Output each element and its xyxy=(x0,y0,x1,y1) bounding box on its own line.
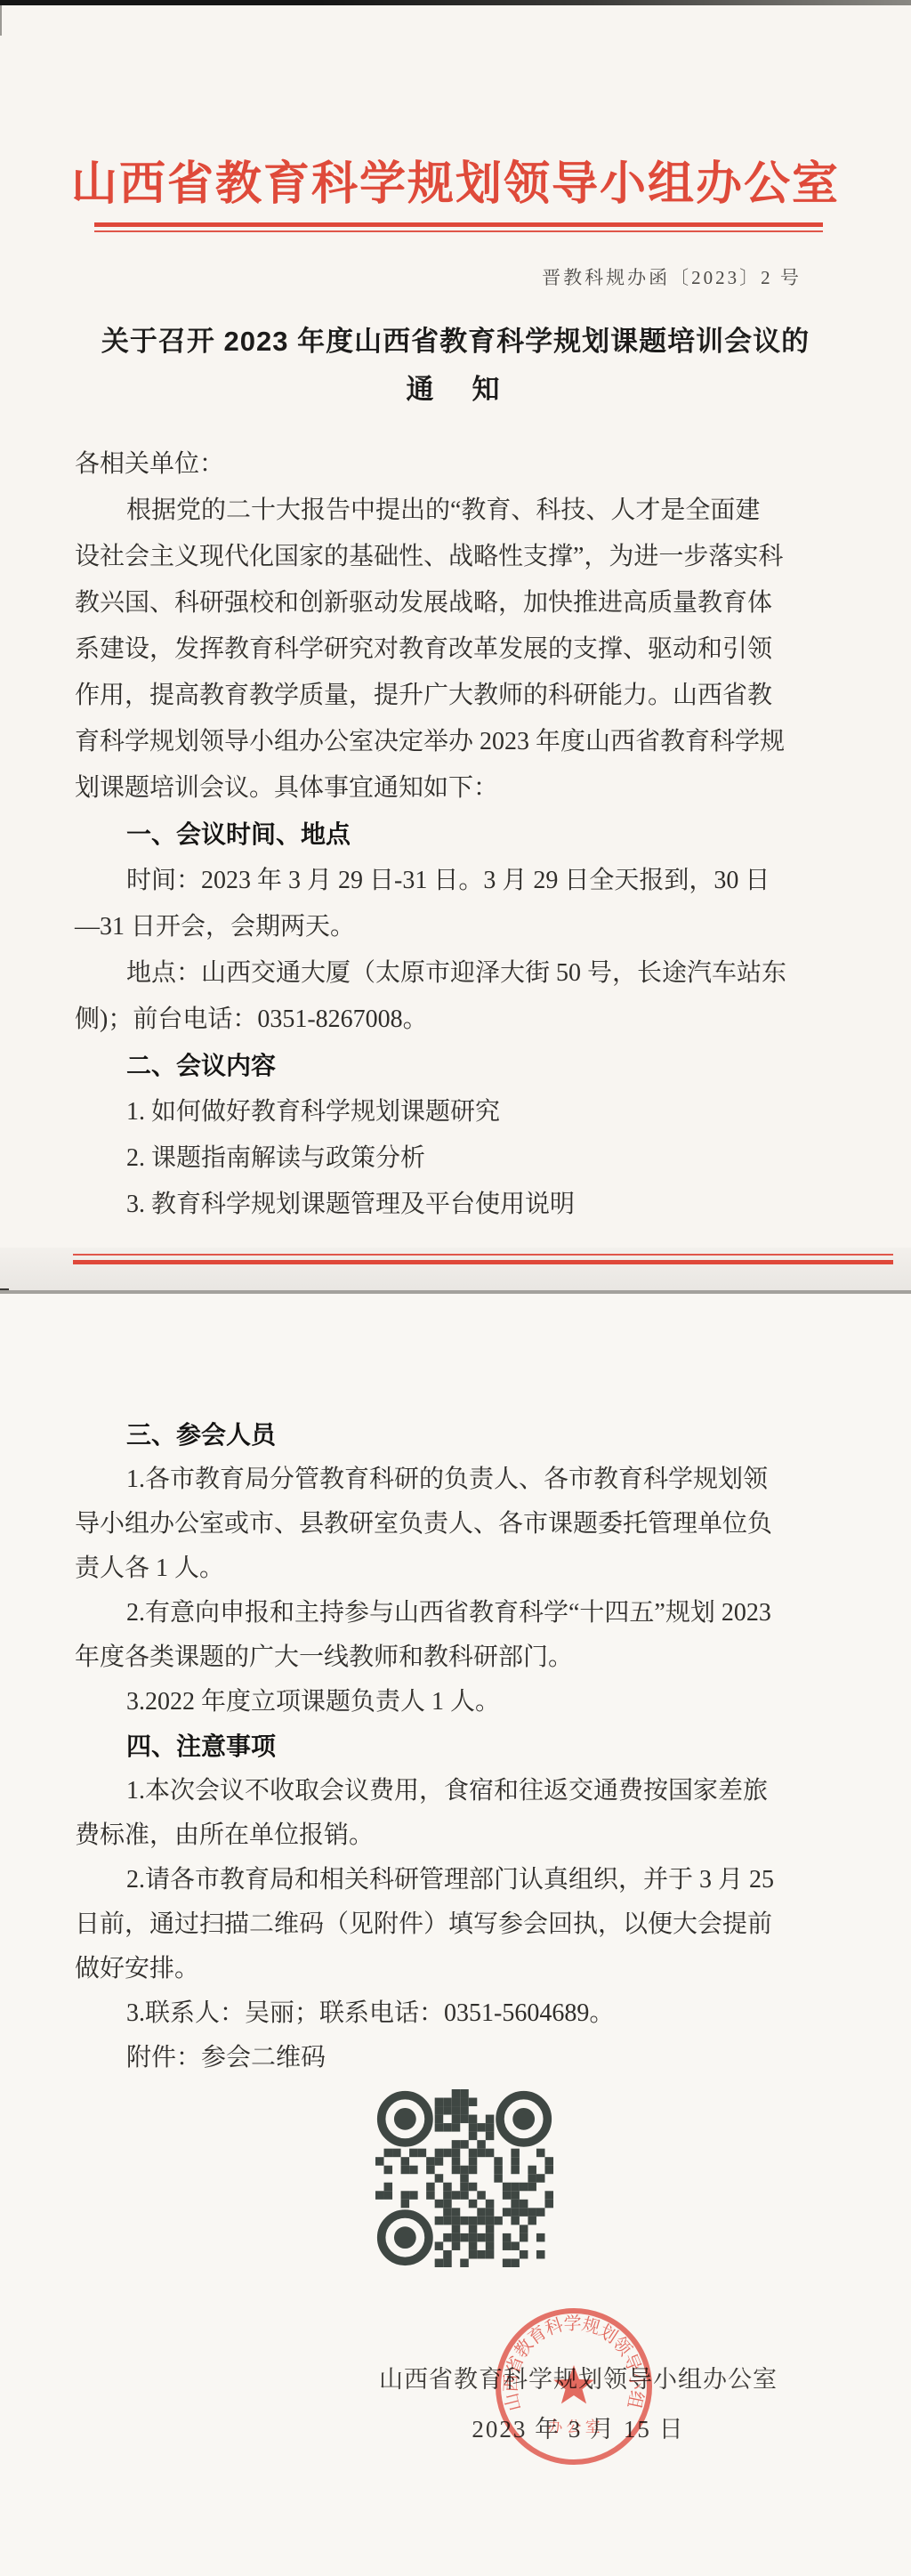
body-line: 系建设，发挥教育科学研究对教育改革发展的支撑、驱动和引领 xyxy=(75,626,838,673)
body-line: 划课题培训会议。具体事宜通知如下： xyxy=(75,765,838,812)
qr-code-graphic xyxy=(375,2089,553,2267)
notice-title-line1: 关于召开 2023 年度山西省教育科学规划课题培训会议的 xyxy=(0,319,911,359)
body-line: 年度各类课题的广大一线教师和教科研部门。 xyxy=(75,1635,838,1680)
letterhead-rule xyxy=(94,222,823,232)
document-number: 晋教科规办函〔2023〕2 号 xyxy=(463,263,881,290)
body-line: 2. 课题指南解读与政策分析 xyxy=(75,1135,838,1182)
body-line: 2.请各市教育局和相关科研管理部门认真组织，并于 3 月 25 xyxy=(75,1858,838,1902)
qr-code xyxy=(375,2089,553,2267)
scanned-document: 山西省教育科学规划领导小组办公室 晋教科规办函〔2023〕2 号 关于召开 20… xyxy=(0,0,911,2576)
page-1-body: 各相关单位：根据党的二十大报告中提出的“教育、科技、人才是全面建设社会主义现代化… xyxy=(75,441,838,1228)
body-line: 三、参会人员 xyxy=(75,1413,838,1458)
scanner-top-edge xyxy=(0,0,911,5)
body-line: 3.联系人：吴丽；联系电话：0351-5604689。 xyxy=(75,1991,838,2036)
page-2-body: 三、参会人员1.各市教育局分管教育科研的负责人、各市教育科学规划领导小组办公室或… xyxy=(75,1413,838,2080)
body-line: 教兴国、科研强校和创新驱动发展战略，加快推进高质量教育体 xyxy=(75,580,838,626)
scanner-left-edge xyxy=(0,5,2,36)
seal-star-icon xyxy=(553,2365,594,2403)
body-line: 1. 如何做好教育科学规划课题研究 xyxy=(75,1089,838,1135)
body-line: 地点：山西交通大厦（太原市迎泽大街 50 号，长途汽车站东 xyxy=(75,950,838,997)
body-line: 各相关单位： xyxy=(75,441,838,488)
body-line: 1.本次会议不收取会议费用，食宿和往返交通费按国家差旅 xyxy=(75,1769,838,1813)
body-line: 四、注意事项 xyxy=(75,1724,838,1769)
body-line: 二、会议内容 xyxy=(75,1043,838,1089)
body-line: 作用，提高教育教学质量，提升广大教师的科研能力。山西省教 xyxy=(75,673,838,719)
body-line: 根据党的二十大报告中提出的“教育、科技、人才是全面建 xyxy=(75,488,838,534)
page-1-footer-rule xyxy=(73,1254,893,1264)
body-line: —31 日开会，会期两天。 xyxy=(75,904,838,950)
body-line: 附件：参会二维码 xyxy=(75,2036,838,2080)
body-line: 时间：2023 年 3 月 29 日-31 日。3 月 29 日全天报到，30 … xyxy=(75,858,838,904)
notice-title-line2: 通 知 xyxy=(0,367,911,407)
body-line: 2.有意向申报和主持参与山西省教育科学“十四五”规划 2023 xyxy=(75,1591,838,1635)
seal-bottom-text: 办 公 室 xyxy=(547,2419,601,2435)
letterhead-title: 山西省教育科学规划领导小组办公室 xyxy=(0,146,911,213)
body-line: 责人各 1 人。 xyxy=(75,1546,838,1591)
body-line: 3.2022 年度立项课题负责人 1 人。 xyxy=(75,1680,838,1724)
body-line: 育科学规划领导小组办公室决定举办 2023 年度山西省教育科学规 xyxy=(75,719,838,765)
footer-rule-thick xyxy=(73,1260,893,1264)
official-seal-stamp: 山西省教育科学规划领导小组 办 公 室 xyxy=(489,2302,658,2471)
body-line: 做好安排。 xyxy=(75,1947,838,1991)
body-line: 一、会议时间、地点 xyxy=(75,812,838,858)
body-line: 设社会主义现代化国家的基础性、战略性支撑”，为进一步落实科 xyxy=(75,534,838,580)
body-line: 1.各市教育局分管教育科研的负责人、各市教育科学规划领 xyxy=(75,1458,838,1502)
letterhead-rule-thin xyxy=(94,230,823,232)
body-line: 导小组办公室或市、县教研室负责人、各市课题委托管理单位负 xyxy=(75,1502,838,1546)
body-line: 侧)；前台电话：0351-8267008。 xyxy=(75,997,838,1043)
body-line: 费标准，由所在单位报销。 xyxy=(75,1813,838,1858)
body-line: 日前，通过扫描二维码（见附件）填写参会回执，以便大会提前 xyxy=(75,1902,838,1947)
body-line: 3. 教育科学规划课题管理及平台使用说明 xyxy=(75,1182,838,1228)
